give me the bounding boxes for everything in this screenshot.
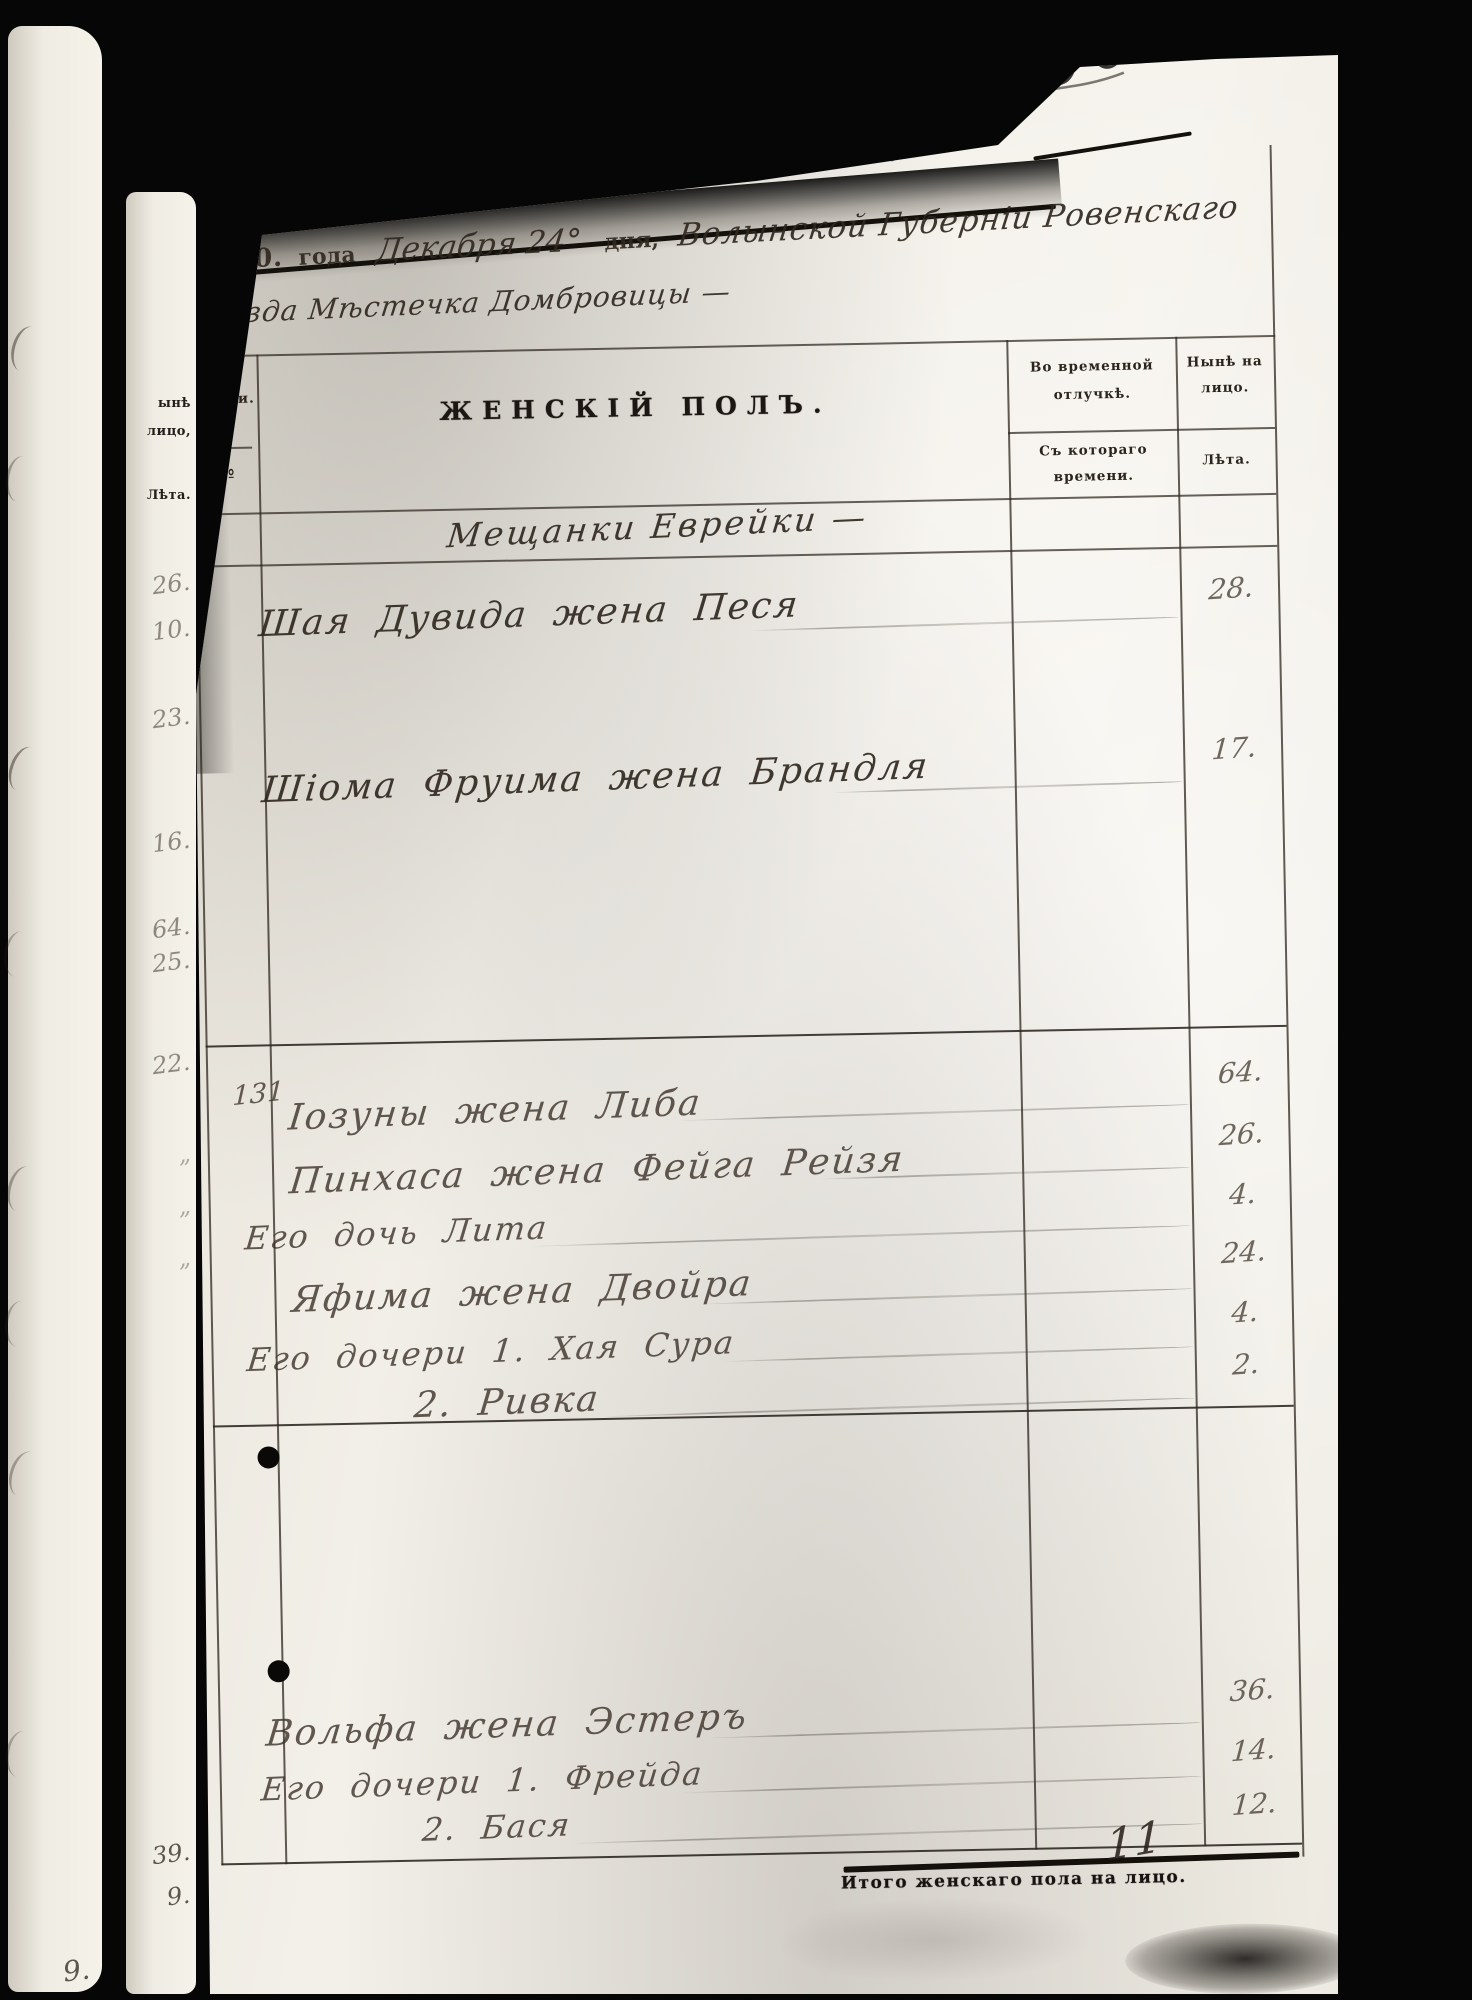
prev-page-age: 16. bbox=[150, 826, 191, 858]
col-family-header: Семьи. bbox=[193, 391, 255, 408]
entry-name: Шіома Фруима жена Брандля bbox=[260, 746, 931, 812]
col-present-header-1: Нынѣ на bbox=[1180, 353, 1270, 371]
entry-name: Его дочери 1. Хая Сура bbox=[245, 1323, 737, 1379]
col-present-header-2: лицо. bbox=[1180, 379, 1270, 397]
corner-page-number: 300. bbox=[865, 60, 931, 104]
entry-age: 17. bbox=[1191, 729, 1278, 768]
prev-page-col-present-partial1: ынѣ bbox=[158, 396, 191, 411]
handwriting-remnant-arc bbox=[4, 1448, 46, 1501]
entry-flourish bbox=[682, 1775, 1202, 1793]
prev-page-age: 39. bbox=[150, 1838, 191, 1870]
prev-page-col-present-partial2: лицо, bbox=[147, 424, 191, 439]
entry-age: 36. bbox=[1209, 1671, 1296, 1710]
years-col-divider bbox=[1175, 337, 1206, 1847]
entry-age: 26. bbox=[1198, 1115, 1285, 1154]
entry-name: 2. Бася bbox=[421, 1805, 574, 1849]
entry-flourish bbox=[750, 616, 1180, 632]
col-number-header: № bbox=[194, 462, 256, 483]
prev-page-age: 23. bbox=[150, 702, 191, 734]
ink-smudge bbox=[1125, 1921, 1366, 1996]
entry-age: 12. bbox=[1211, 1785, 1298, 1824]
handwriting-remnant-arc bbox=[3, 1163, 43, 1215]
header-mid-rule-right bbox=[1008, 427, 1275, 434]
entry-flourish bbox=[532, 1225, 1192, 1248]
hole-punch-dot bbox=[267, 1660, 289, 1682]
family-col-divider bbox=[256, 354, 287, 1864]
entry-age: 4. bbox=[1199, 1175, 1286, 1214]
page-content: 300. РЕВИЗСКАЯ СКАЗКА. 1850. года Декабр… bbox=[179, 44, 1358, 2000]
entry-age: 14. bbox=[1210, 1731, 1297, 1770]
handwriting-remnant-arc bbox=[3, 742, 46, 795]
prev-page-edge-near: ынѣ лицо, Лѣта. 26. 10. 23. 16. 64. 25. … bbox=[126, 192, 196, 1994]
entry-name: Іозуны жена Либа bbox=[286, 1082, 703, 1138]
prev-page-age: 22. bbox=[150, 1048, 191, 1080]
prev-page-age: 26. bbox=[150, 568, 191, 600]
year-label: года bbox=[298, 242, 356, 271]
page-top-border-corner bbox=[1033, 131, 1192, 160]
day-label: дня, bbox=[604, 227, 660, 256]
col-years-header: Лѣта. bbox=[1181, 451, 1271, 469]
col-main-header: ЖЕНСКІЙ ПОЛЪ. bbox=[285, 386, 985, 428]
entry-flourish bbox=[724, 1346, 1194, 1363]
entry-flourish bbox=[711, 1722, 1201, 1739]
prev-page-col-years-partial: Лѣта. bbox=[147, 488, 191, 503]
handwriting-remnant-arc bbox=[3, 1300, 37, 1349]
table-right-border bbox=[1273, 335, 1305, 1857]
year-value: 1850. bbox=[197, 243, 283, 277]
prev-page-age: 64. bbox=[150, 912, 191, 944]
family-number: 131 bbox=[232, 1076, 285, 1112]
footer-total-value: 11 bbox=[1106, 1811, 1163, 1871]
handwriting-remnant-arc bbox=[0, 929, 37, 979]
family-divider-rule-1 bbox=[206, 1025, 1287, 1048]
family-divider-rule-2 bbox=[213, 1405, 1294, 1428]
col-away-header-2: отлучкѣ. bbox=[1011, 385, 1173, 404]
entry-age: 28. bbox=[1188, 569, 1275, 608]
col-since-header-1: Съ котораго bbox=[1012, 441, 1174, 460]
entry-name: Его дочери 1. Фрейда bbox=[259, 1754, 705, 1808]
ink-scribble bbox=[972, 42, 1132, 118]
entry-age: 2. bbox=[1203, 1345, 1290, 1384]
revision-list-page: 300. РЕВИЗСКАЯ СКАЗКА. 1850. года Декабр… bbox=[196, 55, 1338, 1994]
hole-punch-dot bbox=[257, 1446, 279, 1468]
ditto-mark: „ bbox=[176, 1243, 192, 1272]
place-line: Уѣзда Мѣстечка Домбровицы — bbox=[197, 275, 733, 331]
page-right-border-top bbox=[1270, 145, 1276, 337]
prev-page-age: 25. bbox=[150, 946, 191, 978]
entry-flourish bbox=[703, 1288, 1193, 1305]
away-col-divider bbox=[1006, 340, 1037, 1850]
col-since-header-2: времени. bbox=[1013, 467, 1175, 486]
entry-name: 2. Ривка bbox=[412, 1378, 602, 1426]
header-mid-rule-left bbox=[194, 447, 252, 450]
table-top-rule bbox=[192, 335, 1273, 357]
entry-age: 4. bbox=[1202, 1293, 1289, 1332]
entry-name: Шая Дувида жена Песя bbox=[257, 584, 802, 645]
entry-name: Пинхаса жена Фейга Рейзя bbox=[287, 1139, 906, 1203]
ink-smudge bbox=[774, 1894, 1096, 1986]
scanned-document-photo: 9. ынѣ лицо, Лѣта. 26. 10. 23. 16. 64. 2… bbox=[0, 0, 1472, 2000]
prev-page-age: 9. bbox=[165, 1881, 191, 1912]
entry-flourish bbox=[679, 1104, 1189, 1122]
entry-age: 64. bbox=[1197, 1053, 1284, 1092]
entry-name: Вольфа жена Эстеръ bbox=[264, 1696, 750, 1755]
handwriting-remnant-arc bbox=[3, 1729, 39, 1779]
handwriting-remnant-arc bbox=[6, 323, 47, 375]
ditto-mark: „ bbox=[176, 1191, 192, 1220]
entry-name: Яфима жена Двойра bbox=[290, 1263, 755, 1321]
prev-page-age: 10. bbox=[150, 614, 191, 646]
ditto-mark: „ bbox=[176, 1139, 192, 1168]
prev-page-edge-far: 9. bbox=[8, 26, 102, 1992]
handwriting-remnant-arc bbox=[3, 454, 38, 504]
entry-name: Его дочь Лита bbox=[243, 1208, 550, 1257]
section-heading-rule bbox=[196, 545, 1277, 567]
entry-age: 24. bbox=[1200, 1233, 1287, 1272]
col-away-header-1: Во временной bbox=[1011, 357, 1173, 376]
prev-page-bottom-age: 9. bbox=[61, 1952, 92, 1988]
